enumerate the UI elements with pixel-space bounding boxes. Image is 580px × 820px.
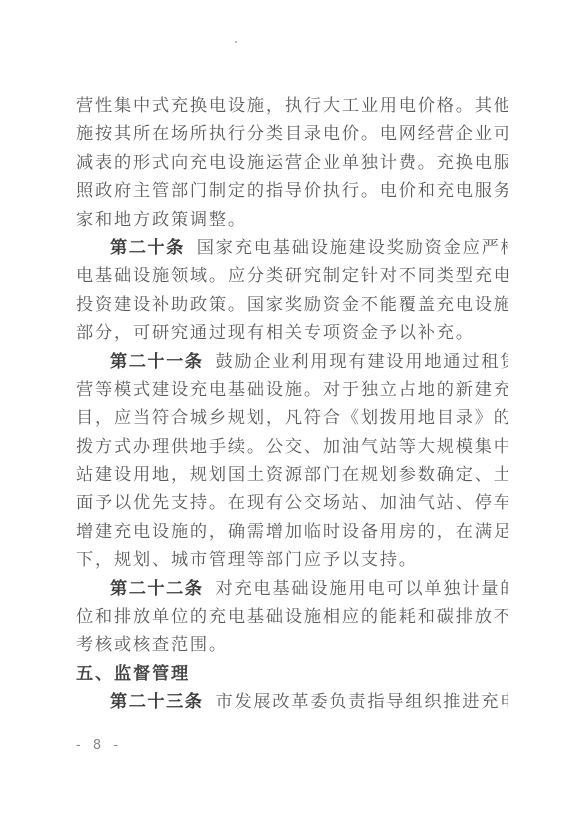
- text-line: 部分，可研究通过现有相关专项资金予以补充。: [76, 319, 508, 347]
- text-span: 鼓励企业利用现有建设用地通过租赁、合作经: [215, 352, 508, 372]
- text-line: 减表的形式向充电设施运营企业单独计费。充换电服务费价格按: [76, 149, 508, 177]
- document-page: 营性集中式充换电设施，执行大工业用电价格。其他充电基础设 施按其所在场所执行分类…: [76, 92, 508, 717]
- text-line: 增建充电设施的，确需增加临时设备用房的，在满足安全的情况: [76, 518, 508, 546]
- text-line: 考核或核查范围。: [76, 631, 508, 659]
- text-line: 营性集中式充换电设施，执行大工业用电价格。其他充电基础设: [76, 92, 508, 120]
- text-line: 家和地方政策调整。: [76, 206, 508, 234]
- article-20: 第二十条国家充电基础设施建设奖励资金应严格使用于充 电基础设施领域。应分类研究制…: [76, 234, 508, 348]
- text-line: 施按其所在场所执行分类目录电价。电网经营企业可通过安装核: [76, 120, 508, 148]
- article-21: 第二十一条鼓励企业利用现有建设用地通过租赁、合作经 营等模式建设充电基础设施。对…: [76, 348, 508, 575]
- article-number: 第二十三条: [110, 692, 203, 712]
- paragraph-continuation: 营性集中式充换电设施，执行大工业用电价格。其他充电基础设 施按其所在场所执行分类…: [76, 92, 508, 234]
- section-heading: 五、监督管理: [76, 660, 508, 688]
- article-first-line: 第二十条国家充电基础设施建设奖励资金应严格使用于充: [76, 234, 508, 262]
- text-span: 国家充电基础设施建设奖励资金应严格使用于充: [197, 238, 508, 258]
- article-number: 第二十条: [110, 238, 185, 258]
- text-span: 市发展改革委负责指导组织推进充电基础设施: [215, 692, 508, 712]
- article-first-line: 第二十二条对充电基础设施用电可以单独计量的，用能单: [76, 575, 508, 603]
- text-line: 站建设用地，规划国土资源部门在规划参数确定、土地供应等方: [76, 461, 508, 489]
- text-line: 位和排放单位的充电基础设施相应的能耗和碳排放不计入年度: [76, 603, 508, 631]
- text-line: 面予以优先支持。在现有公交场站、加油气站、停车场所基础上: [76, 489, 508, 517]
- text-line: 下，规划、城市管理等部门应予以支持。: [76, 546, 508, 574]
- text-line: 拨方式办理供地手续。公交、加油气站等大规模集中式充、换电: [76, 433, 508, 461]
- article-23: 第二十三条市发展改革委负责指导组织推进充电基础设施: [76, 688, 508, 716]
- article-number: 第二十一条: [110, 352, 203, 372]
- article-number: 第二十二条: [110, 579, 203, 599]
- article-22: 第二十二条对充电基础设施用电可以单独计量的，用能单 位和排放单位的充电基础设施相…: [76, 575, 508, 660]
- article-first-line: 第二十一条鼓励企业利用现有建设用地通过租赁、合作经: [76, 348, 508, 376]
- text-line: 目，应当符合城乡规划，凡符合《划拨用地目录》的，可按照划: [76, 404, 508, 432]
- text-line: 投资建设补助政策。国家奖励资金不能覆盖充电设施补助资金的: [76, 291, 508, 319]
- text-line: 电基础设施领域。应分类研究制定针对不同类型充电基础设施的: [76, 262, 508, 290]
- article-first-line: 第二十三条市发展改革委负责指导组织推进充电基础设施: [76, 688, 508, 716]
- text-line: 照政府主管部门制定的指导价执行。电价和充电服务费政策随国: [76, 177, 508, 205]
- page-number: - 8 -: [76, 738, 122, 753]
- text-line: 营等模式建设充电基础设施。对于独立占地的新建充换电站项: [76, 376, 508, 404]
- text-span: 对充电基础设施用电可以单独计量的，用能单: [215, 579, 508, 599]
- scan-speck: [235, 41, 237, 43]
